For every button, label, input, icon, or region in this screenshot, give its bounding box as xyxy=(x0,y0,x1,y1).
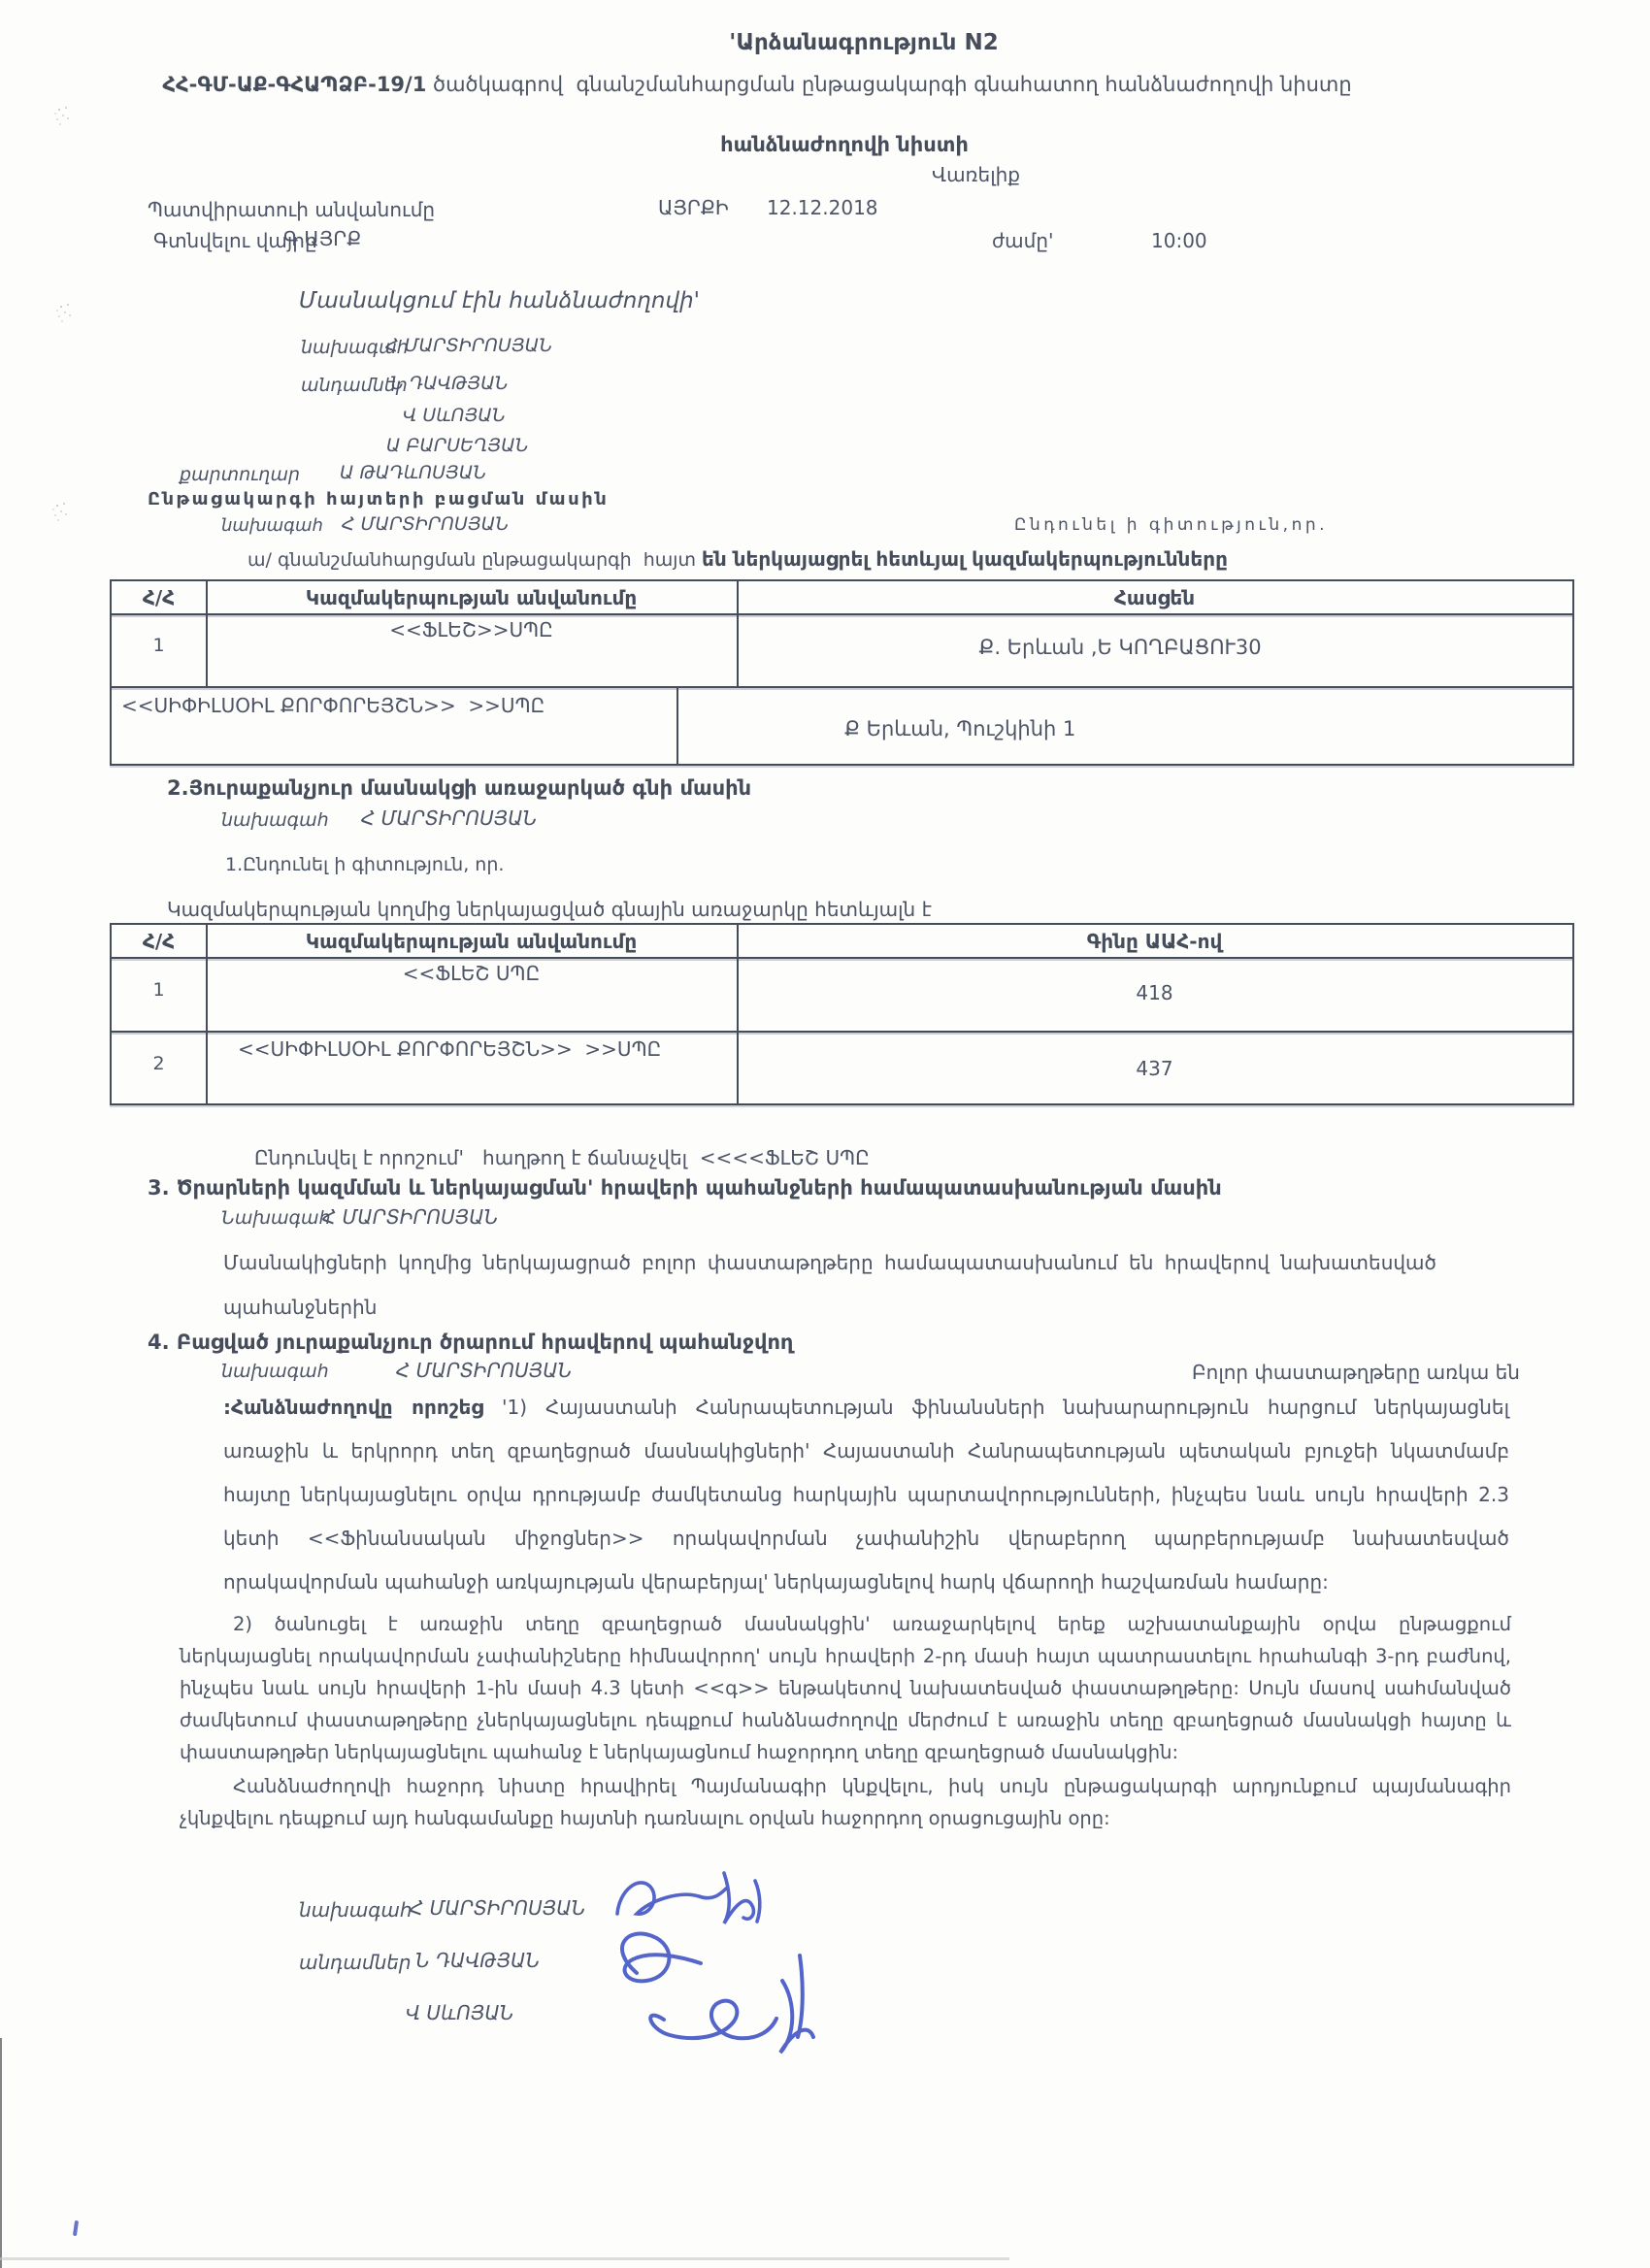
s4-note-right: Բոլոր փաստաթղթերը առկա են xyxy=(1192,1361,1520,1385)
price-col-price: Գինը ԱԱՀ-ով xyxy=(737,930,1572,953)
s1-note-right: Ընդունել ի գիտություն,որ. xyxy=(1014,515,1328,536)
s4-paragraph2-line-4: ժամկետում փաստաթղթերը չներկայացնելու դեպ… xyxy=(180,1709,1511,1732)
s3-chairman-name: Հ ՄԱՐՏԻՐՈՍՅԱՆ xyxy=(322,1205,498,1230)
s4-paragraph2-line-5: փաստաթղթեր ներկայացնելու պահանջ է ներկայ… xyxy=(180,1741,1178,1764)
price-table: Հ/Հ Կազմակերպության անվանումը Գինը ԱԱՀ-ո… xyxy=(110,923,1574,1105)
table-line xyxy=(112,686,1572,688)
scan-artifact xyxy=(56,505,58,507)
time-label: ժամը' xyxy=(992,229,1054,253)
bidders-table: Հ/Հ Կազմակերպության անվանումը Հասցեն 1 <… xyxy=(110,579,1574,766)
section1-heading: Ընթացակարգի հայտերի բացման մասին xyxy=(148,489,609,511)
s4-paragraph3-line-1: Հանձնաժողովի հաջորդ նիստը հրավիրել Պայմա… xyxy=(233,1775,1511,1798)
section4-heading: 4. Բացված յուրաքանչյուր ծրարում հրավերով… xyxy=(148,1330,793,1355)
secretary-label: քարտուղար xyxy=(180,464,300,487)
price-col-name: Կազմակերպության անվանումը xyxy=(206,930,737,953)
bidders-col-num: Հ/Հ xyxy=(112,586,206,609)
member-name-3: Ա ԲԱՐՍԵՂՅԱՆ xyxy=(386,435,529,458)
bidder-row1-name: <<ՖԼԵՇ>>ՍՊԸ xyxy=(206,618,737,641)
section3-heading: 3. Ծրարների կազմման և ներկայացման' հրավե… xyxy=(148,1175,1222,1200)
s3-body-line-2: պահանջներին xyxy=(223,1296,377,1320)
sign-member-name-1: Ն ԴԱՎԹՅԱՆ xyxy=(415,1949,540,1973)
page-title: 'Արձանագրություն N2 xyxy=(0,29,1650,57)
table-line xyxy=(676,686,678,764)
scan-artifact xyxy=(58,109,60,111)
price-row2-number: 2 xyxy=(112,1053,206,1074)
meeting-subtitle: հանձնաժողովի նիստի xyxy=(0,132,1650,157)
chairman-name: Հ ՄԱՐՏԻՐՈՍՅԱՆ xyxy=(385,335,552,358)
sign-member-name-2: Վ ՍևՈՅԱՆ xyxy=(406,2001,513,2025)
scan-edge xyxy=(0,2038,2,2268)
s1-chairman-label: նախագահ xyxy=(221,515,323,538)
code-line: ՀՀ-ԳՄ-ԱՔ-ԳՀԱՊՁԲ-19/1 ծածկագրով գնանշմանհ… xyxy=(0,72,1514,97)
s4-chairman-name: Հ ՄԱՐՏԻՐՈՍՅԱՆ xyxy=(396,1359,572,1383)
location-value: Գ ԱՅՐՔ xyxy=(283,227,361,251)
customer-value: ԱՅՐՔԻ xyxy=(658,196,729,220)
bidder-row1-address: Ք. Երևան ,Ե ԿՈՂԲԱՑՈՒ30 xyxy=(737,636,1503,659)
s4-decision-lead: :Հանձնաժողովը որոշեց xyxy=(223,1396,483,1419)
s4-paragraph2-line-3: ինչպես նաև սույն հրավերի 1-ին մասի 4.3 կ… xyxy=(180,1677,1511,1700)
price-row1-value: 418 xyxy=(737,981,1572,1004)
price-row2-value: 437 xyxy=(737,1057,1572,1080)
s4-paragraph2-line-1: 2) ծանուցել է առաջին տեղը զբաղեցրած մասն… xyxy=(233,1613,1511,1636)
signature-ink-members xyxy=(575,1926,837,2062)
s1-intro-regular: ա/ գնանշմանհարցման ընթացակարգի հայտ xyxy=(247,549,702,571)
document-page: 'Արձանագրություն N2 ՀՀ-ԳՄ-ԱՔ-ԳՀԱՊՁԲ-19/1… xyxy=(0,0,1650,2268)
decision-line: Ընդունվել է որոշում' հաղթող է ճանաչվել <… xyxy=(254,1146,870,1170)
s1-intro-bold: են ներկայացրել հետևյալ կազմակերպությունն… xyxy=(702,547,1228,571)
s2-intro: Կազմակերպության կողմից ներկայացված գնայի… xyxy=(167,898,932,922)
s4-paragraph2-line-2: ներկայացնել որակավորման չափանիշները հիմն… xyxy=(180,1645,1511,1668)
s2-chairman-label: նախագահ xyxy=(221,809,329,833)
member-name-2: Վ ՍևՈՅԱՆ xyxy=(403,405,506,428)
price-col-num: Հ/Հ xyxy=(112,930,206,953)
sign-chairman-name: Հ ՄԱՐՏԻՐՈՍՅԱՆ xyxy=(410,1896,585,1921)
bidder-row2-name: <<ՍԻՓԻԼՍՕԻԼ ՔՈՐՓՈՐԵՅՇՆ>> >>ՍՊԸ xyxy=(121,694,544,717)
s1-chairman-name: Հ ՄԱՐՏԻՐՈՍՅԱՆ xyxy=(342,513,509,537)
price-row1-name: <<ՖԼԵՇ ՍՊԸ xyxy=(206,962,737,985)
bidder-row2-address: Ք Երևան, Պուշկինի 1 xyxy=(844,717,1075,740)
s4-paragraph1-line-5: որակավորման պահանջի առկայության վերաբերյ… xyxy=(223,1570,1329,1594)
attendees-heading: Մասնակցում էին հանձնաժողովի' xyxy=(299,287,700,315)
s4-paragraph1-line-1: :Հանձնաժողովը որոշեց '1) Հայաստանի Հանրա… xyxy=(223,1396,1509,1420)
s4-paragraph1-text: '1) Հայաստանի Հանրապետության ֆինանսների … xyxy=(483,1396,1509,1419)
time-value: 10:00 xyxy=(1151,229,1207,253)
price-row2-name: <<ՍԻՓԻԼՍՕԻԼ ՔՈՐՓՈՐԵՅՇՆ>> >>ՍՊԸ xyxy=(238,1037,661,1061)
s4-paragraph1-line-3: հայտը ներկայացնելու օրվա դրությամբ ժամկե… xyxy=(223,1483,1509,1507)
customer-label: Պատվիրատուի անվանումը xyxy=(148,198,435,222)
s2-chairman-name: Հ ՄԱՐՏԻՐՈՍՅԱՆ xyxy=(361,806,537,831)
bidder-row1-number: 1 xyxy=(112,635,206,656)
s3-chairman-label: Նախագահ xyxy=(221,1207,331,1231)
s3-body-line-1: Մասնակիցների կողմից ներկայացրած բոլոր փա… xyxy=(223,1251,1436,1275)
s1-intro-line: ա/ գնանշմանհարցման ընթացակարգի հայտ են ն… xyxy=(247,547,1228,573)
scan-edge xyxy=(0,2257,1009,2260)
sign-chairman-label: նախագահ xyxy=(299,1898,412,1923)
scan-artifact-ink xyxy=(73,2220,79,2236)
s4-chairman-label: նախագահ xyxy=(221,1361,329,1384)
table-line xyxy=(112,957,1572,959)
sign-members-label: անդամներ xyxy=(299,1951,412,1975)
table-line xyxy=(112,1031,1572,1033)
bidders-col-address: Հասցեն xyxy=(737,586,1572,609)
procedure-code: ՀՀ-ԳՄ-ԱՔ-ԳՀԱՊՁԲ-19/1 xyxy=(162,73,426,96)
subject-fuel: Վառելիք xyxy=(932,163,1020,187)
secretary-name: Ա ԹԱԴևՈՍՅԱՆ xyxy=(340,462,486,485)
scan-artifact xyxy=(60,306,62,308)
section2-heading: 2.Յուրաքանչյուր մասնակցի առաջարկած գնի մ… xyxy=(167,775,751,801)
procedure-code-rest: ծածկագրով գնանշմանհարցման ընթացակարգի գն… xyxy=(426,73,1351,96)
table-line xyxy=(112,613,1572,615)
bidders-col-name: Կազմակերպության անվանումը xyxy=(206,586,737,609)
meeting-date: 12.12.2018 xyxy=(767,196,878,220)
s4-paragraph3-line-2: չկնքվելու դեպքում այդ հանգամանքը հայտնի … xyxy=(180,1807,1110,1830)
s2-note: 1.Ընդունել ի գիտություն, որ. xyxy=(225,854,504,877)
member-name-1: Ն ԴԱՎԹՅԱՆ xyxy=(390,373,509,396)
s4-paragraph1-line-2: առաջին և երկրորդ տեղ զբաղեցրած մասնակիցն… xyxy=(223,1439,1509,1463)
s4-paragraph1-line-4: կետի <<Ֆինանսական միջոցներ>> որակավորման… xyxy=(223,1527,1509,1551)
price-row1-number: 1 xyxy=(112,979,206,1001)
